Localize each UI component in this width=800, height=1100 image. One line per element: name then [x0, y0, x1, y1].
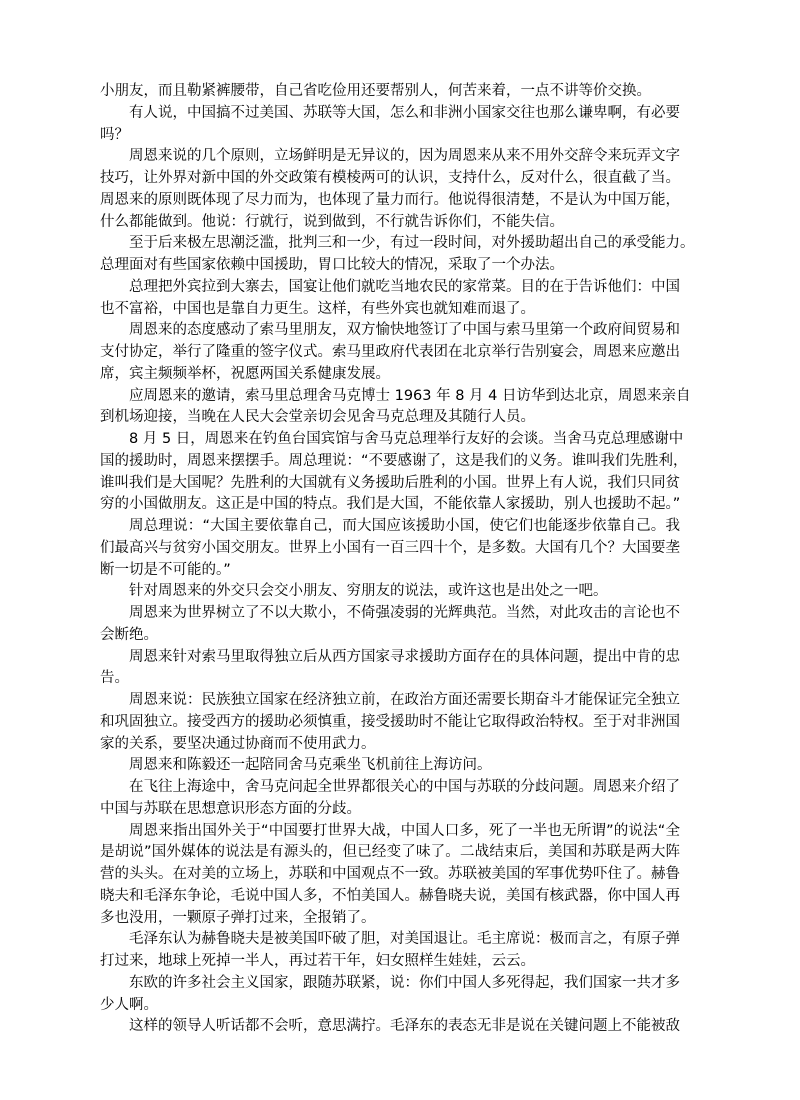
text-line: 打过来，地球上死掉一半人，再过若干年，妇女照样生娃娃，云云。	[100, 951, 680, 973]
text-line: 小朋友，而且勒紧裤腰带，自己省吃俭用还要帮别人，何苦来着，一点不讲等价交换。	[100, 81, 680, 103]
text-line: 支付协定，举行了隆重的签字仪式。索马里政府代表团在北京举行告别宴会，周恩来应邀出	[100, 342, 680, 364]
text-line: 周恩来针对索马里取得独立后从西方国家寻求援助方面存在的具体问题，提出中肯的忠	[100, 647, 680, 669]
text-line: 总理面对有些国家依赖中国援助，胃口比较大的情况，采取了一个办法。	[100, 255, 680, 277]
text-line: 国的援助时，周恩来摆摆手。周总理说：“不要感谢了，这是我们的义务。谁叫我们先胜利…	[100, 451, 680, 473]
text-line: 周恩来说：民族独立国家在经济独立前，在政治方面还需要长期奋斗才能保证完全独立	[100, 690, 680, 712]
text-line: 周恩来和陈毅还一起陪同舍马克乘坐飞机前往上海访问。	[100, 755, 680, 777]
text-line: 周恩来说的几个原则，立场鲜明是无异议的，因为周恩来从来不用外交辞令来玩弄文字	[100, 146, 680, 168]
text-line: 有人说，中国搞不过美国、苏联等大国，怎么和非洲小国家交往也那么谦卑啊，有必要	[100, 103, 680, 125]
text-line: 周恩来的原则既体现了尽力而为，也体现了量力而行。他说得很清楚，不是认为中国万能，	[100, 190, 680, 212]
text-line: 穷的小国做朋友。这正是中国的特点。我们是大国，不能依靠人家援助，别人也援助不起。…	[100, 494, 680, 516]
text-line: 会断绝。	[100, 625, 680, 647]
text-line: 们最高兴与贫穷小国交朋友。世界上小国有一百三四十个，是多数。大国有几个？大国要垄	[100, 538, 680, 560]
text-line: 家的关系，要坚决通过协商而不使用武力。	[100, 734, 680, 756]
text-line: 应周恩来的邀请，索马里总理舍马克博士 1963 年 8 月 4 日访华到达北京，…	[100, 386, 680, 408]
text-line: 到机场迎接，当晚在人民大会堂亲切会见舍马克总理及其随行人员。	[100, 407, 680, 429]
text-line: 告。	[100, 668, 680, 690]
text-line: 在飞往上海途中，舍马克问起全世界都很关心的中国与苏联的分歧问题。周恩来介绍了	[100, 777, 680, 799]
text-line: 席，宾主频频举杯，祝愿两国关系健康发展。	[100, 364, 680, 386]
text-line: 营的头头。在对美的立场上，苏联和中国观点不一致。苏联被美国的军事优势吓住了。赫鲁	[100, 864, 680, 886]
text-line: 周总理说：“大国主要依靠自己，而大国应该援助小国，使它们也能逐步依靠自己。我	[100, 516, 680, 538]
document-page: 小朋友，而且勒紧裤腰带，自己省吃俭用还要帮别人，何苦来着，一点不讲等价交换。有人…	[100, 81, 680, 1038]
text-line: 周恩来为世界树立了不以大欺小，不倚强凌弱的光辉典范。当然，对此攻击的言论也不	[100, 603, 680, 625]
text-line: 也不富裕，中国也是靠自力更生。这样，有些外宾也就知难而退了。	[100, 299, 680, 321]
text-line: 少人啊。	[100, 995, 680, 1017]
text-line: 中国与苏联在思想意识形态方面的分歧。	[100, 799, 680, 821]
text-line: 这样的领导人听话都不会听，意思满拧。毛泽东的表态无非是说在关键问题上不能被敌	[100, 1016, 680, 1038]
text-line: 多也没用，一颗原子弹打过来，全报销了。	[100, 908, 680, 930]
text-line: 周恩来指出国外关于“中国要打世界大战，中国人口多，死了一半也无所谓”的说法“全	[100, 821, 680, 843]
text-line: 是胡说”国外媒体的说法是有源头的，但已经变了味了。二战结束后，美国和苏联是两大阵	[100, 842, 680, 864]
text-line: 晓夫和毛泽东争论，毛说中国人多，不怕美国人。赫鲁晓夫说，美国有核武器，你中国人再	[100, 886, 680, 908]
text-line: 什么都能做到。他说：行就行，说到做到，不行就告诉你们，不能失信。	[100, 212, 680, 234]
text-line: 周恩来的态度感动了索马里朋友，双方愉快地签订了中国与索马里第一个政府间贸易和	[100, 320, 680, 342]
text-line: 毛泽东认为赫鲁晓夫是被美国吓破了胆，对美国退让。毛主席说：极而言之，有原子弹	[100, 929, 680, 951]
text-line: 总理把外宾拉到大寨去，国宴让他们就吃当地农民的家常菜。目的在于告诉他们：中国	[100, 277, 680, 299]
text-line: 东欧的许多社会主义国家，跟随苏联紧，说：你们中国人多死得起，我们国家一共才多	[100, 973, 680, 995]
text-line: 针对周恩来的外交只会交小朋友、穷朋友的说法，或许这也是出处之一吧。	[100, 581, 680, 603]
text-line: 技巧，让外界对新中国的外交政策有模棱两可的认识，支持什么，反对什么，很直截了当。	[100, 168, 680, 190]
text-line: 和巩固独立。接受西方的援助必须慎重，接受援助时不能让它取得政治特权。至于对非洲国	[100, 712, 680, 734]
text-line: 断一切是不可能的。”	[100, 560, 680, 582]
text-line: 8 月 5 日，周恩来在钓鱼台国宾馆与舍马克总理举行友好的会谈。当舍马克总理感谢…	[100, 429, 680, 451]
text-line: 谁叫我们是大国呢？先胜利的大国就有义务援助后胜利的小国。世界上有人说，我们只同贫	[100, 473, 680, 495]
text-line: 至于后来极左思潮泛滥，批判三和一少，有过一段时间，对外援助超出自己的承受能力。	[100, 233, 680, 255]
text-line: 吗？	[100, 125, 680, 147]
